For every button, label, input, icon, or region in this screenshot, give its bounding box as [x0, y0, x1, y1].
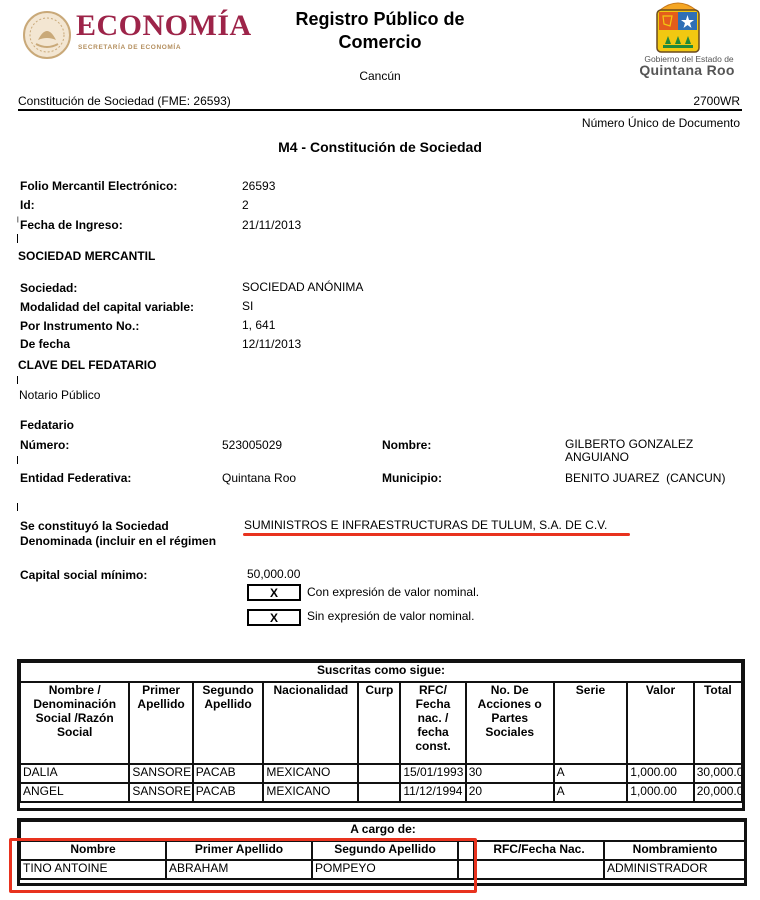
- col-header-curp: Curp: [358, 682, 400, 764]
- cell: [474, 860, 604, 879]
- nombre-value-line2: ANGUIANO: [565, 451, 693, 464]
- qroo-logo-line2: Quintana Roo: [632, 62, 742, 78]
- cell: DALIA: [20, 764, 129, 783]
- capital-variable-label: Modalidad del capital variable:: [20, 300, 194, 314]
- cell: [358, 783, 400, 802]
- nombre-label: Nombre:: [382, 438, 431, 452]
- suscritas-caption: Suscritas como sigue:: [20, 662, 742, 682]
- sociedad-label: Sociedad:: [20, 281, 77, 295]
- suscritas-table: Suscritas como sigue: Nombre / Denominac…: [19, 661, 743, 803]
- col-header-serie: Serie: [554, 682, 628, 764]
- col-header-nombramiento: Nombramiento: [604, 841, 746, 860]
- cell: 1,000.00: [627, 783, 693, 802]
- document-code: 2700WR: [693, 94, 740, 108]
- col-header-nombre: Nombre / Denominación Social /Razón Soci…: [20, 682, 129, 764]
- economia-logo-title: ECONOMÍA: [76, 9, 252, 43]
- con-valor-nominal-label: Con expresión de valor nominal.: [307, 585, 479, 599]
- entidad-label: Entidad Federativa:: [20, 471, 131, 485]
- folio-label: Folio Mercantil Electrónico:: [20, 179, 177, 193]
- registry-title-line1: Registro Público de: [250, 8, 510, 31]
- cell: 20,000.00: [694, 783, 742, 802]
- cell: ANGEL: [20, 783, 129, 802]
- capital-label: Capital social mínimo:: [20, 568, 147, 582]
- cell: 30: [466, 764, 554, 783]
- folio-value: 26593: [242, 179, 275, 193]
- cell: 15/01/1993: [400, 764, 465, 783]
- cell: [358, 764, 400, 783]
- cell: SANSORES: [129, 783, 192, 802]
- nombre-value: GILBERTO GONZALEZ ANGUIANO: [565, 438, 693, 464]
- municipio-label: Municipio:: [382, 471, 442, 485]
- fedatario-heading: CLAVE DEL FEDATARIO: [18, 358, 156, 372]
- document-title: M4 - Constitución de Sociedad: [0, 139, 760, 155]
- cell: SANSORES: [129, 764, 192, 783]
- fecha-ingreso-value: 21/11/2013: [242, 218, 301, 232]
- cell: PACAB: [193, 783, 264, 802]
- header-divider: [18, 109, 742, 111]
- company-name-highlight: [243, 533, 630, 536]
- con-valor-nominal-checkbox[interactable]: X: [247, 584, 301, 601]
- margin-mark: [17, 503, 18, 511]
- numero-label: Número:: [20, 438, 69, 452]
- col-header-segundo-apellido: Segundo Apellido: [193, 682, 264, 764]
- instrumento-label: Por Instrumento No.:: [20, 319, 139, 333]
- col-header-acciones: No. De Acciones o Partes Sociales: [466, 682, 554, 764]
- margin-mark: [17, 456, 18, 464]
- col-header-valor: Valor: [627, 682, 693, 764]
- registry-title: Registro Público de Comercio: [250, 8, 510, 54]
- cell: MEXICANO: [263, 783, 358, 802]
- cell: 11/12/1994: [400, 783, 465, 802]
- constitucion-label: Se constituyó la Sociedad Denominada (in…: [20, 519, 216, 549]
- sin-valor-nominal-label: Sin expresión de valor nominal.: [307, 609, 474, 623]
- municipio-value: BENITO JUAREZ (CANCUN): [565, 471, 725, 485]
- fecha-ingreso-label: Fecha de Ingreso:: [20, 218, 123, 232]
- de-fecha-value: 12/11/2013: [242, 337, 301, 351]
- cell: MEXICANO: [263, 764, 358, 783]
- cargo-names-highlight: [9, 838, 477, 893]
- economia-logo-subtitle: SECRETARÍA DE ECONOMÍA: [78, 44, 181, 51]
- table-row: DALIA SANSORES PACAB MEXICANO 15/01/1993…: [20, 764, 742, 783]
- constitucion-label-line2: Denominada (incluir en el régimen: [20, 534, 216, 549]
- instrumento-value: 1, 641: [242, 318, 275, 332]
- margin-mark: ˡ: [17, 216, 19, 228]
- sociedad-heading: SOCIEDAD MERCANTIL: [18, 249, 155, 263]
- sociedad-value: SOCIEDAD ANÓNIMA: [242, 280, 363, 294]
- constitucion-label-line1: Se constituyó la Sociedad: [20, 519, 216, 534]
- sin-valor-nominal-checkbox[interactable]: X: [247, 609, 301, 626]
- city-label: Cancún: [250, 69, 510, 83]
- registry-title-line2: Comercio: [250, 31, 510, 54]
- id-label: Id:: [20, 198, 35, 212]
- capital-variable-value: SI: [242, 299, 253, 313]
- capital-value: 50,000.00: [247, 567, 300, 581]
- table-row: ANGEL SANSORES PACAB MEXICANO 11/12/1994…: [20, 783, 742, 802]
- cell: 30,000.00: [694, 764, 742, 783]
- col-header-total: Total: [694, 682, 742, 764]
- margin-mark: [17, 376, 18, 384]
- cell: A: [554, 764, 628, 783]
- quintana-roo-shield-icon: [654, 2, 702, 54]
- col-header-nacionalidad: Nacionalidad: [263, 682, 358, 764]
- cell: 1,000.00: [627, 764, 693, 783]
- cell: A: [554, 783, 628, 802]
- margin-mark: [17, 234, 18, 243]
- numero-value: 523005029: [222, 438, 282, 452]
- entidad-value: Quintana Roo: [222, 471, 296, 485]
- mexican-coat-of-arms-icon: [22, 10, 72, 60]
- de-fecha-label: De fecha: [20, 337, 70, 351]
- fedatario-subheading: Fedatario: [20, 418, 74, 432]
- cell: 20: [466, 783, 554, 802]
- col-header-rfc-fecha: RFC/Fecha Nac.: [474, 841, 604, 860]
- cell: ADMINISTRADOR: [604, 860, 746, 879]
- col-header-primer-apellido: Primer Apellido: [129, 682, 192, 764]
- document-code-label: Número Único de Documento: [582, 116, 740, 130]
- col-header-rfc: RFC/ Fecha nac. / fecha const.: [400, 682, 465, 764]
- fedatario-type: Notario Público: [19, 388, 100, 402]
- cell: PACAB: [193, 764, 264, 783]
- document-type: Constitución de Sociedad (FME: 26593): [18, 94, 231, 108]
- company-name-value: SUMINISTROS E INFRAESTRUCTURAS DE TULUM,…: [244, 518, 607, 532]
- id-value: 2: [242, 198, 249, 212]
